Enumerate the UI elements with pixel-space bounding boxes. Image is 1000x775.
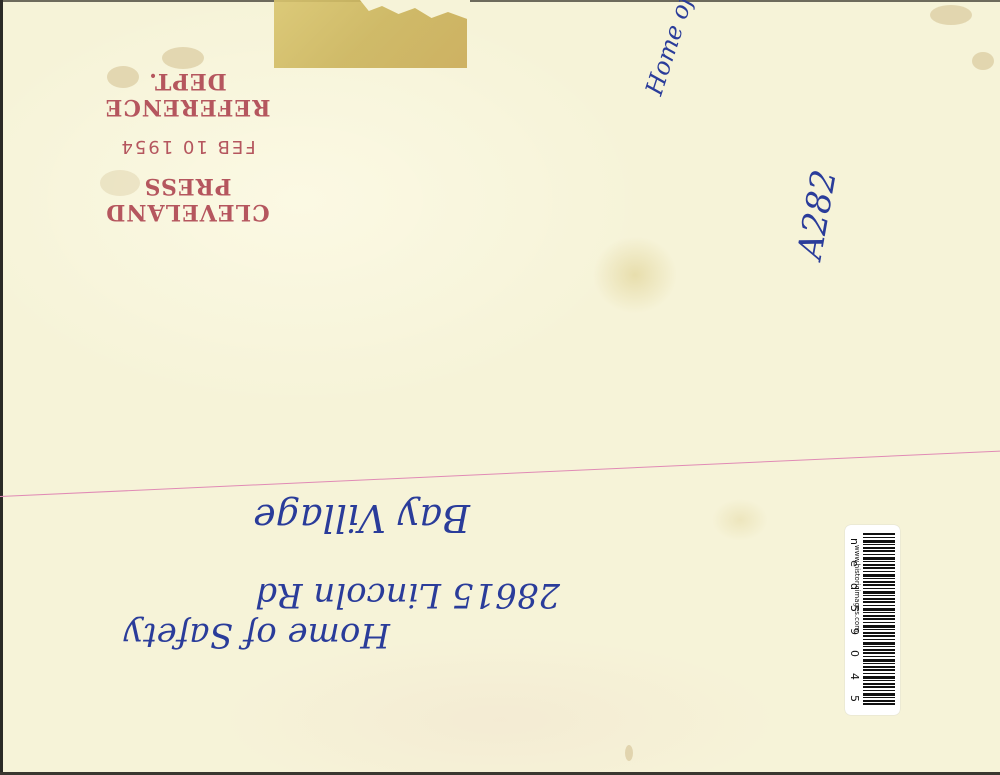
barcode-website: www.historicimages.com: [853, 545, 861, 632]
stamp-date: FEB 10 1954: [80, 136, 295, 157]
stamp-dept: REFERENCE DEPT.: [80, 68, 295, 120]
stain: [930, 5, 972, 25]
left-edge: [0, 0, 3, 775]
handwritten-note-subject: Home of Safety: [124, 615, 390, 655]
stain: [162, 47, 204, 69]
barcode-char: 4: [848, 673, 861, 680]
barcode-bars: [863, 533, 895, 707]
cleveland-press-stamp: CLEVELAND PRESS FEB 10 1954 REFERENCE DE…: [80, 100, 295, 225]
top-edge: [0, 0, 1000, 2]
stain: [972, 52, 994, 70]
barcode-sticker: n e d 5 9 0 4 5 www.historicimages.com: [845, 525, 900, 715]
barcode-char: n: [847, 538, 860, 545]
handwritten-note-address: 28615 Lincoln Rd: [255, 575, 560, 615]
stamp-title: CLEVELAND PRESS: [80, 173, 295, 225]
barcode-char: 0: [848, 650, 861, 657]
handwritten-note-city: Bay Village: [253, 496, 470, 540]
barcode-char: 5: [848, 695, 861, 702]
stain: [625, 745, 633, 761]
